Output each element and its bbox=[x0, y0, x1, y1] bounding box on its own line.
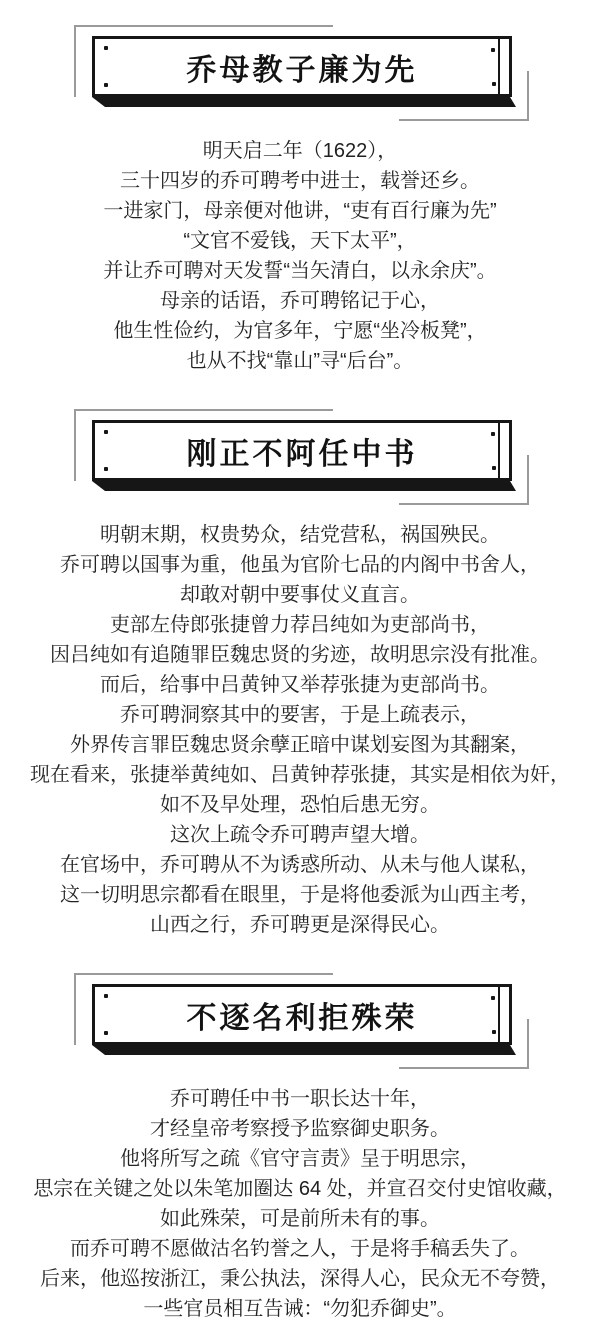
text-line: 他生性俭约，为官多年，宁愿“坐冷板凳”， bbox=[0, 316, 600, 346]
corner-dot bbox=[492, 466, 496, 470]
text-line: 如不及早处理，恐怕后患无穷。 bbox=[0, 790, 600, 820]
corner-dot bbox=[492, 82, 496, 86]
corner-dot bbox=[491, 996, 495, 1000]
plaque-shadow bbox=[92, 97, 516, 107]
text-line: 外界传言罪臣魏忠贤余孽正暗中谋划妄图为其翻案， bbox=[0, 730, 600, 760]
section-title: 不逐名利拒殊荣 bbox=[187, 993, 418, 1037]
text-line: 思宗在关键之处以朱笔加圈达 64 处，并宣召交付史馆收藏， bbox=[0, 1174, 600, 1204]
corner-dot bbox=[492, 1030, 496, 1034]
section-paragraph: 乔可聘任中书一职长达十年，才经皇帝考察授予监察御史职务。他将所写之疏《官守言责》… bbox=[0, 1084, 600, 1324]
text-line: 才经皇帝考察授予监察御史职务。 bbox=[0, 1114, 600, 1144]
section-mother-teaches: 乔母教子廉为先 明天启二年（1622），三十四岁的乔可聘考中进士，载誉还乡。一进… bbox=[0, 32, 600, 376]
section-title: 乔母教子廉为先 bbox=[187, 45, 418, 89]
corner-dot bbox=[104, 467, 108, 471]
section-title: 刚正不阿任中书 bbox=[187, 429, 418, 473]
text-line: 三十四岁的乔可聘考中进士，载誉还乡。 bbox=[0, 166, 600, 196]
section-banner: 不逐名利拒殊荣 bbox=[84, 980, 516, 1060]
section-banner: 乔母教子廉为先 bbox=[84, 32, 516, 112]
text-line: 这次上疏令乔可聘声望大增。 bbox=[0, 820, 600, 850]
text-line: 因吕纯如有追随罪臣魏忠贤的劣迹，故明思宗没有批准。 bbox=[0, 640, 600, 670]
section-paragraph: 明朝末期，权贵势众，结党营私，祸国殃民。乔可聘以国事为重，他虽为官阶七品的内阁中… bbox=[0, 520, 600, 940]
plaque-bevel-line bbox=[498, 39, 500, 94]
text-line: “文官不爱钱，天下太平”， bbox=[0, 226, 600, 256]
plaque-shadow bbox=[92, 481, 516, 491]
text-line: 山西之行，乔可聘更是深得民心。 bbox=[0, 910, 600, 940]
plaque: 不逐名利拒殊荣 bbox=[92, 984, 512, 1045]
text-line: 他将所写之疏《官守言责》呈于明思宗， bbox=[0, 1144, 600, 1174]
corner-dot bbox=[104, 46, 108, 50]
section-paragraph: 明天启二年（1622），三十四岁的乔可聘考中进士，载誉还乡。一进家门，母亲便对他… bbox=[0, 136, 600, 376]
text-line: 吏部左侍郎张捷曾力荐吕纯如为吏部尚书， bbox=[0, 610, 600, 640]
corner-dot bbox=[104, 83, 108, 87]
section-refuse-honors: 不逐名利拒殊荣 乔可聘任中书一职长达十年，才经皇帝考察授予监察御史职务。他将所写… bbox=[0, 980, 600, 1324]
plaque: 乔母教子廉为先 bbox=[92, 36, 512, 97]
text-line: 乔可聘洞察其中的要害，于是上疏表示， bbox=[0, 700, 600, 730]
text-line: 如此殊荣，可是前所未有的事。 bbox=[0, 1204, 600, 1234]
text-line: 这一切明思宗都看在眼里，于是将他委派为山西主考， bbox=[0, 880, 600, 910]
text-line: 乔可聘任中书一职长达十年， bbox=[0, 1084, 600, 1114]
text-line: 却敢对朝中要事仗义直言。 bbox=[0, 580, 600, 610]
text-line: 现在看来，张捷举黄纯如、吕黄钟荐张捷，其实是相依为奸， bbox=[0, 760, 600, 790]
section-upright-zhongshu: 刚正不阿任中书 明朝末期，权贵势众，结党营私，祸国殃民。乔可聘以国事为重，他虽为… bbox=[0, 416, 600, 940]
text-line: 后来，他巡按浙江，秉公执法，深得人心，民众无不夸赞， bbox=[0, 1264, 600, 1294]
text-line: 并让乔可聘对天发誓“当矢清白，以永余庆”。 bbox=[0, 256, 600, 286]
text-line: 一些官员相互告诫：“勿犯乔御史”。 bbox=[0, 1294, 600, 1324]
text-line: 明朝末期，权贵势众，结党营私，祸国殃民。 bbox=[0, 520, 600, 550]
text-line: 而后，给事中吕黄钟又举荐张捷为吏部尚书。 bbox=[0, 670, 600, 700]
text-line: 一进家门，母亲便对他讲，“吏有百行廉为先” bbox=[0, 196, 600, 226]
article-page: 乔母教子廉为先 明天启二年（1622），三十四岁的乔可聘考中进士，载誉还乡。一进… bbox=[0, 0, 600, 1324]
corner-dot bbox=[104, 430, 108, 434]
plaque-bevel-line bbox=[498, 423, 500, 478]
text-line: 也从不找“靠山”寻“后台”。 bbox=[0, 346, 600, 376]
corner-dot bbox=[491, 48, 495, 52]
text-line: 乔可聘以国事为重，他虽为官阶七品的内阁中书舍人， bbox=[0, 550, 600, 580]
text-line: 而乔可聘不愿做沽名钓誉之人，于是将手稿丢失了。 bbox=[0, 1234, 600, 1264]
plaque: 刚正不阿任中书 bbox=[92, 420, 512, 481]
plaque-shadow bbox=[92, 1045, 516, 1055]
corner-dot bbox=[104, 1031, 108, 1035]
text-line: 在官场中，乔可聘从不为诱惑所动、从未与他人谋私， bbox=[0, 850, 600, 880]
corner-dot bbox=[491, 432, 495, 436]
text-line: 明天启二年（1622）， bbox=[0, 136, 600, 166]
corner-dot bbox=[104, 994, 108, 998]
text-line: 母亲的话语，乔可聘铭记于心， bbox=[0, 286, 600, 316]
section-banner: 刚正不阿任中书 bbox=[84, 416, 516, 496]
plaque-bevel-line bbox=[498, 987, 500, 1042]
